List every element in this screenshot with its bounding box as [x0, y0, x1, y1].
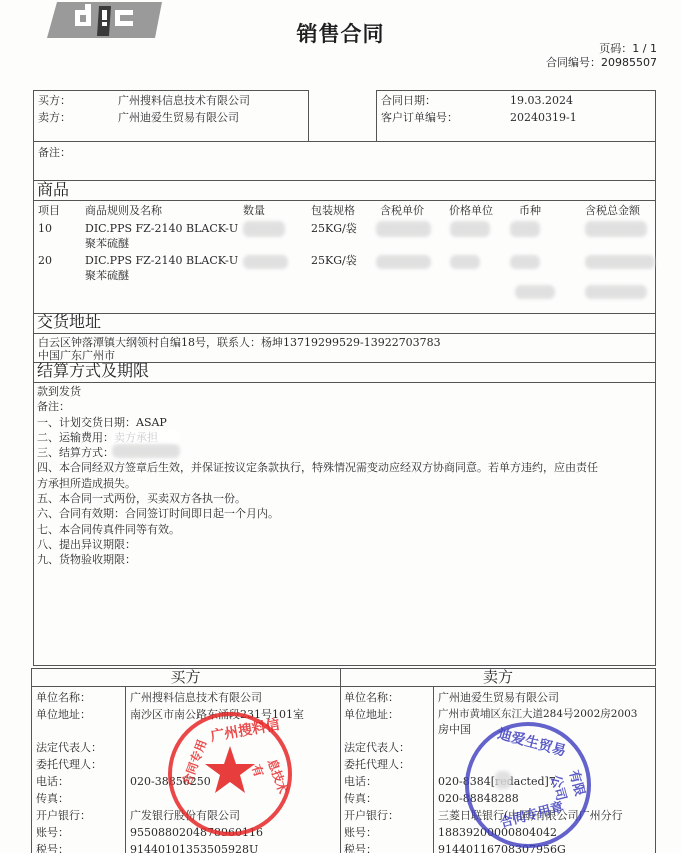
label-tax-no: 税号：	[36, 841, 69, 853]
col-price-unit: 价格单位	[449, 203, 493, 218]
buyer-phone: 020-38856250	[130, 773, 211, 790]
date-label: 合同日期：	[381, 93, 436, 108]
row-package: 25KG/袋	[311, 253, 357, 268]
col-item: 项目	[38, 203, 60, 218]
row-spec: DIC.PPS FZ-2140 BLACK-U	[85, 253, 238, 268]
contract-date: 19.03.2024	[510, 93, 573, 108]
goods-section-title: 商品	[37, 181, 69, 199]
term-4-cont: 方承担所造成损失。	[37, 476, 598, 491]
label-bank: 开户银行：	[344, 807, 399, 824]
contract-no-label: 合同编号：	[546, 56, 601, 70]
redacted-seller-phone	[495, 771, 511, 789]
label-legal-rep: 法定代表人：	[344, 739, 410, 756]
col-spec: 商品规则及名称	[85, 203, 162, 218]
buyer-bank: 广发银行股份有限公司	[130, 807, 240, 824]
redacted-qty	[243, 255, 288, 269]
payment-terms: 款到发货 备注： 一、计划交货日期：ASAP 二、运输费用：卖方承担 三、结算方…	[37, 384, 598, 568]
document-meta: 页码：1 / 1 合同编号：20985507	[546, 42, 657, 70]
row-name: 聚苯硫醚	[85, 236, 129, 251]
row-spec: DIC.PPS FZ-2140 BLACK-U	[85, 221, 238, 236]
buyer-tax-no: 91440101353505928U	[130, 841, 258, 853]
redacted-currency	[510, 221, 540, 237]
seller-address-line2: 房中国	[438, 721, 471, 738]
label-fax: 传真：	[344, 790, 377, 807]
payment-method: 款到发货	[37, 384, 598, 399]
label-account: 账号：	[36, 824, 69, 841]
term-1: 一、计划交货日期：ASAP	[37, 415, 598, 430]
col-qty: 数量	[243, 203, 265, 218]
label-phone: 电话：	[36, 773, 69, 790]
remark-label: 备注：	[38, 145, 71, 160]
label-company-name: 单位名称：	[36, 689, 91, 706]
seller-bank: 三菱日联银行(中国)有限公司广州分行	[438, 807, 623, 824]
page-label: 页码：	[599, 42, 632, 56]
order-no: 20240319-1	[510, 110, 577, 125]
buyer-company-name: 广州搜料信息技术有限公司	[130, 689, 262, 706]
redacted-currency	[510, 255, 540, 269]
seller-company-name: 广州迪爱生贸易有限公司	[438, 689, 559, 706]
row-package: 25KG/袋	[311, 221, 357, 236]
term-8: 八、提出异议期限：	[37, 537, 598, 552]
label-legal-rep: 法定代表人：	[36, 739, 102, 756]
payment-remark-label: 备注：	[37, 399, 598, 414]
label-account: 账号：	[344, 824, 377, 841]
redacted-unit-price	[376, 221, 431, 237]
redacted-total	[585, 255, 655, 269]
payment-section-title: 结算方式及期限	[37, 362, 149, 380]
label-address: 单位地址：	[36, 706, 91, 723]
row-item: 10	[38, 221, 52, 236]
term-9: 九、货物验收期限：	[37, 552, 598, 567]
redaction-overlay	[112, 430, 180, 445]
redacted-total-currency	[515, 285, 555, 299]
buyer-name: 广州搜料信息技术有限公司	[118, 93, 250, 108]
redacted-unit-price	[376, 255, 431, 269]
term-4: 四、本合同经双方签章后生效，并保证按议定条款执行，特殊情况需变动应经双方协商同意…	[37, 460, 598, 475]
label-tax-no: 税号：	[344, 841, 377, 853]
row-name: 聚苯硫醚	[85, 268, 129, 283]
label-phone: 电话：	[344, 773, 377, 790]
buyer-label: 买方：	[38, 93, 71, 108]
label-agent: 委托代理人：	[36, 756, 102, 773]
page-number: 1 / 1	[632, 42, 657, 56]
term-6: 六、合同有效期：合同签订时间即日起一个月内。	[37, 506, 598, 521]
buyer-heading: 买方	[31, 668, 340, 686]
redacted-price-unit	[450, 255, 480, 269]
label-fax: 传真：	[36, 790, 69, 807]
label-company-name: 单位名称：	[344, 689, 399, 706]
contract-no: 20985507	[601, 56, 657, 70]
col-currency: 币种	[519, 203, 541, 218]
col-package: 包装规格	[311, 203, 355, 218]
redacted-price-unit	[450, 221, 490, 237]
redacted-settlement-method	[112, 444, 180, 458]
seller-heading: 卖方	[340, 668, 656, 686]
seller-name: 广州迪爱生贸易有限公司	[118, 110, 239, 125]
label-agent: 委托代理人：	[344, 756, 410, 773]
seller-fax: 020-88848288	[438, 790, 519, 807]
label-bank: 开户银行：	[36, 807, 91, 824]
redacted-total	[585, 221, 647, 237]
row-item: 20	[38, 253, 52, 268]
col-unit-price: 含税单价	[380, 203, 424, 218]
seller-account: 18839200000804042	[438, 824, 557, 841]
term-5: 五、本合同一式两份，买卖双方各执一份。	[37, 491, 598, 506]
buyer-address: 南沙区市南公路东涌段231号101室	[130, 706, 304, 723]
term-7: 七、本合同传真件同等有效。	[37, 522, 598, 537]
label-address: 单位地址：	[344, 706, 399, 723]
order-no-label: 客户订单编号：	[381, 110, 458, 125]
seller-tax-no: 91440116708307956G	[438, 841, 566, 853]
redacted-grand-total	[585, 285, 647, 299]
buyer-account: 9550880204878960116	[130, 824, 263, 841]
delivery-section-title: 交货地址	[37, 313, 101, 331]
seller-label: 卖方：	[38, 110, 71, 125]
col-total: 含税总金额	[585, 203, 640, 218]
redacted-qty	[243, 221, 285, 237]
